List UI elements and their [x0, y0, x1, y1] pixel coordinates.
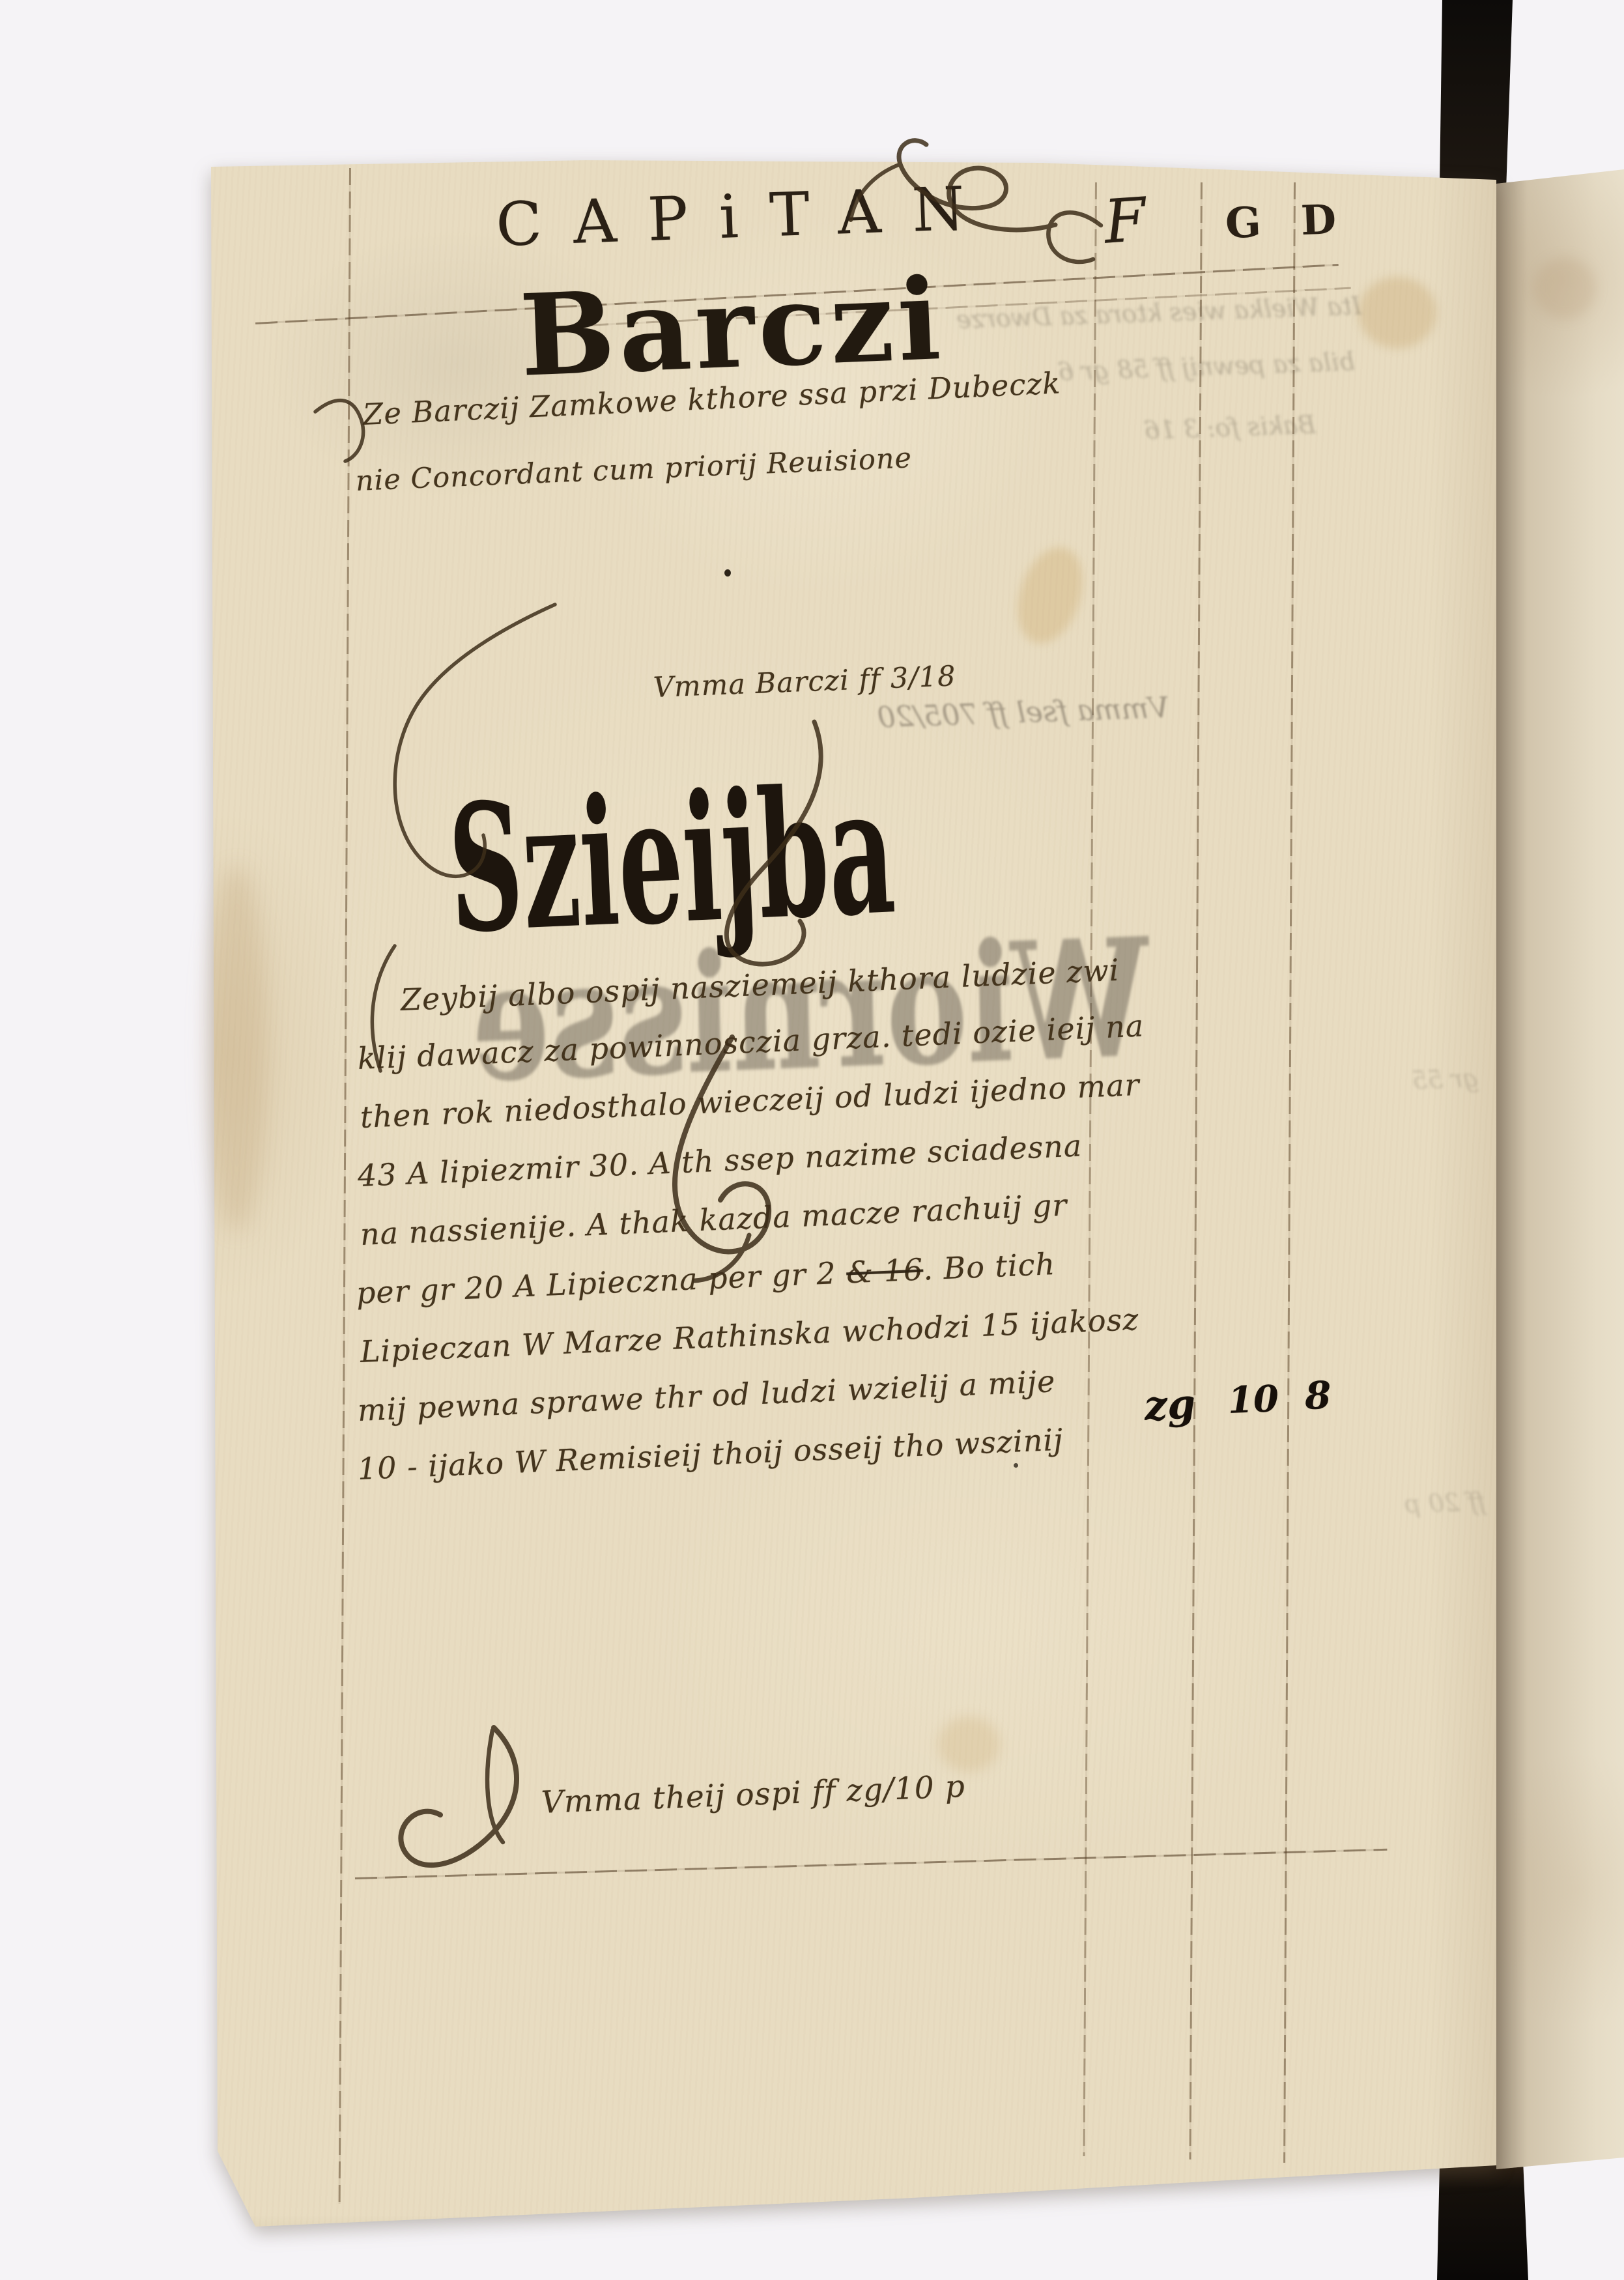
flourish-top-icon	[899, 141, 1055, 230]
flourish-bottom-s-icon	[401, 1728, 517, 1865]
flourish-top-tail-icon	[851, 164, 900, 220]
flourish-note-entry-icon	[315, 401, 363, 461]
manuscript-scan: Wiornisse Vmma fsel ff 705/20 Ita Wielka…	[0, 0, 1624, 2280]
flourish-summa-descender-icon	[726, 722, 821, 964]
flourish-szieijba-swash-icon	[675, 1037, 769, 1251]
flourish-summa-s-icon	[395, 605, 555, 876]
flourish-body-entry-icon	[372, 946, 395, 1071]
calligraphic-flourishes	[0, 0, 1624, 2280]
flourish-mark-f-loop-icon	[1048, 212, 1101, 262]
